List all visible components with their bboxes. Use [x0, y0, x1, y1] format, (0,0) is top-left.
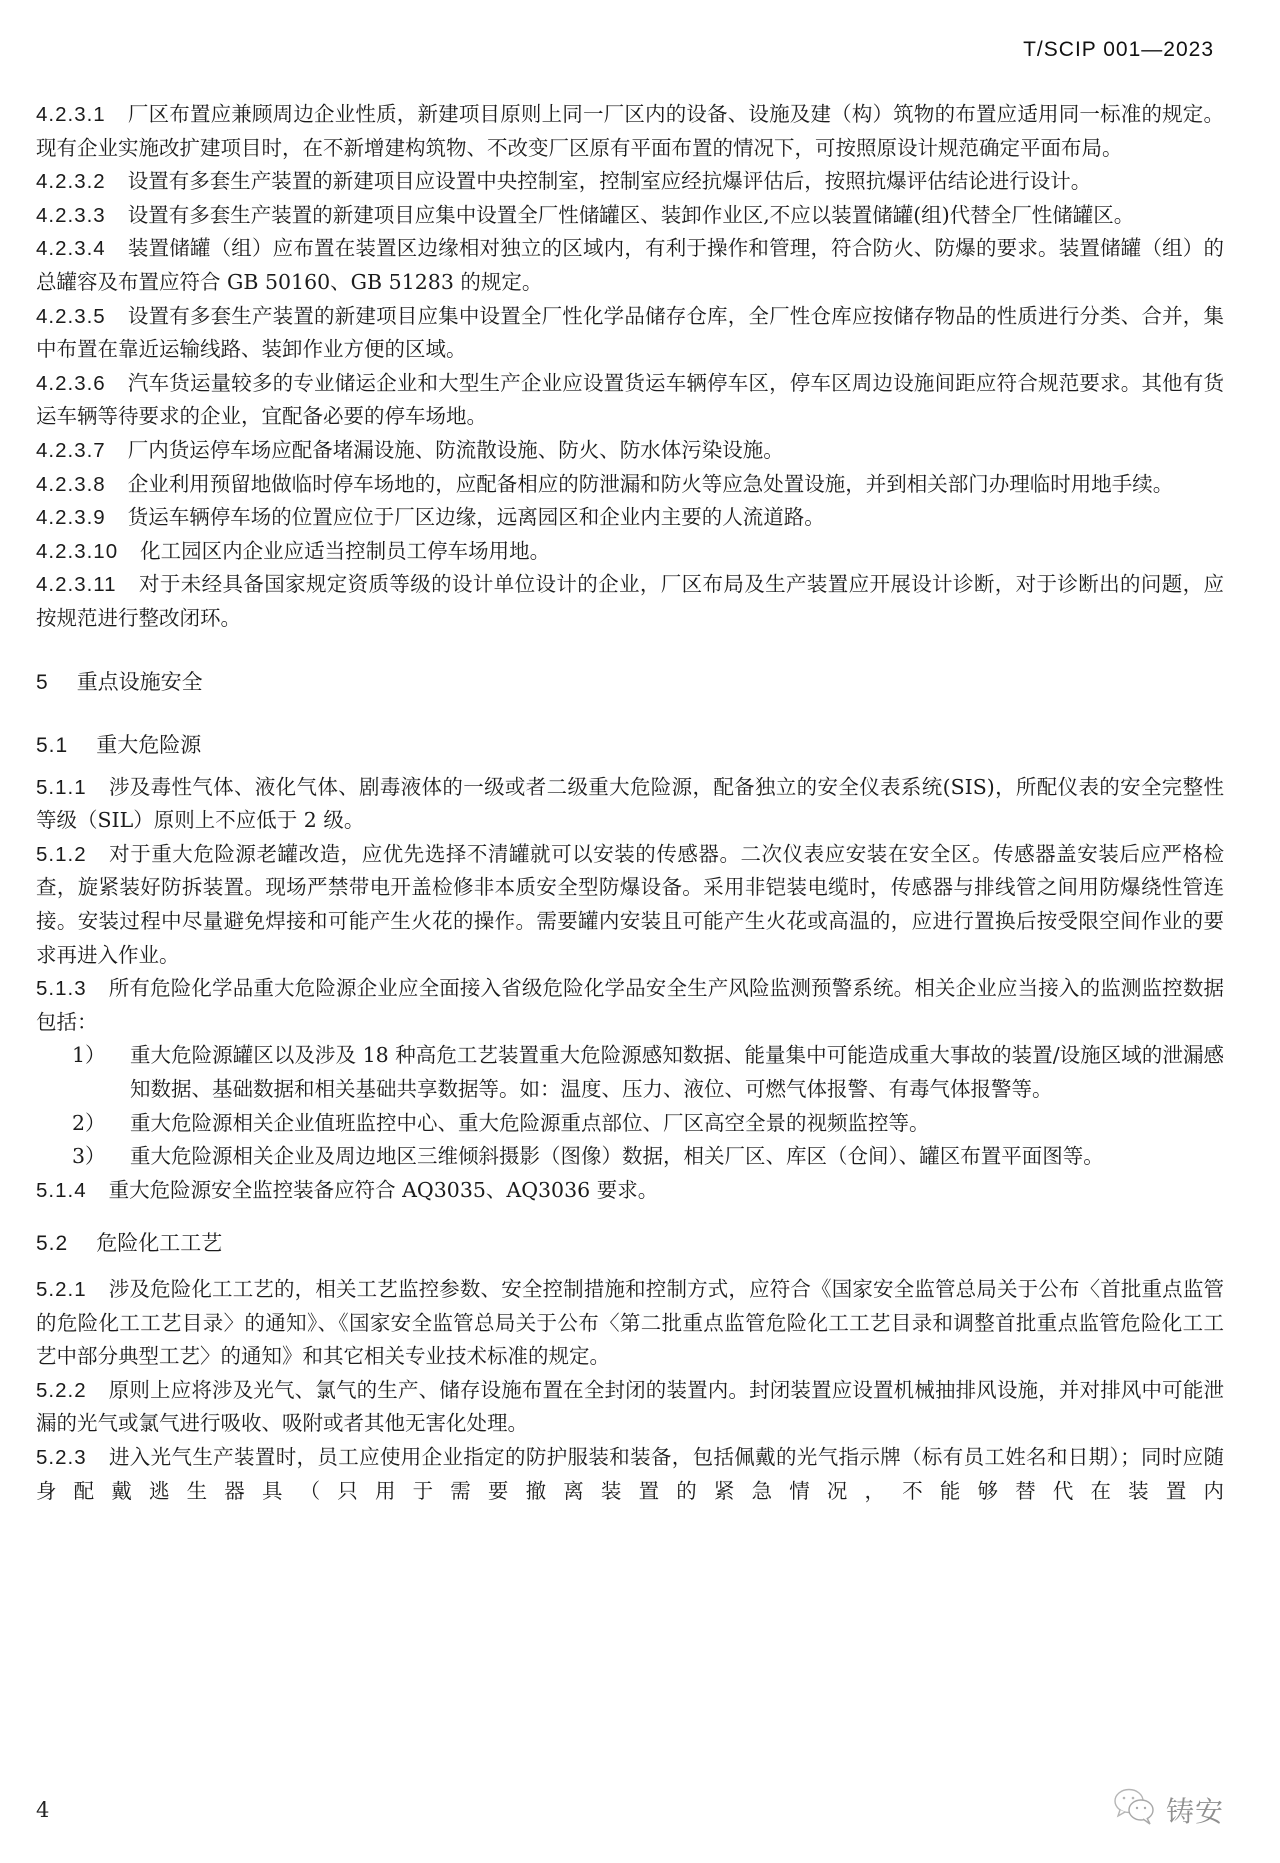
document-code: T/SCIP 001—2023 — [1023, 38, 1214, 62]
clause-4-2-3-3: 4.2.3.3设置有多套生产装置的新建项目应集中设置全厂性储罐区、装卸作业区,不… — [36, 199, 1224, 233]
clause-number: 4.2.3.6 — [36, 367, 106, 401]
clause-text: 货运车辆停车场的位置应位于厂区边缘，远离园区和企业内主要的人流道路。 — [128, 505, 825, 529]
clause-4-2-3-11: 4.2.3.11对于未经具备国家规定资质等级的设计单位设计的企业，厂区布局及生产… — [36, 568, 1224, 635]
section-4-2-3: 4.2.3.1厂区布置应兼顾周边企业性质，新建项目原则上同一厂区内的设备、设施及… — [36, 98, 1224, 636]
clause-number: 4.2.3.1 — [36, 98, 106, 132]
clause-text: 涉及危险化工工艺的，相关工艺监控参数、安全控制措施和控制方式，应符合《国家安全监… — [36, 1277, 1224, 1368]
list-text: 重大危险源罐区以及涉及 18 种高危工艺装置重大危险源感知数据、能量集中可能造成… — [130, 1043, 1224, 1101]
list-item: 1）重大危险源罐区以及涉及 18 种高危工艺装置重大危险源感知数据、能量集中可能… — [36, 1039, 1224, 1106]
clause-number: 4.2.3.4 — [36, 232, 106, 266]
section-heading-5-1: 5.1重大危险源 — [36, 729, 1224, 763]
clause-number: 5.2.1 — [36, 1273, 87, 1307]
clause-4-2-3-6: 4.2.3.6汽车货运量较多的专业储运企业和大型生产企业应设置货运车辆停车区，停… — [36, 367, 1224, 434]
document-body: 4.2.3.1厂区布置应兼顾周边企业性质，新建项目原则上同一厂区内的设备、设施及… — [36, 98, 1224, 1508]
section-title: 危险化工工艺 — [96, 1231, 222, 1255]
clause-text: 化工园区内企业应适当控制员工停车场用地。 — [140, 539, 550, 563]
clause-number: 4.2.3.5 — [36, 300, 106, 334]
clause-number: 4.2.3.3 — [36, 199, 106, 233]
document-page: T/SCIP 001—2023 4.2.3.1厂区布置应兼顾周边企业性质，新建项… — [0, 0, 1280, 1863]
clause-4-2-3-2: 4.2.3.2设置有多套生产装置的新建项目应设置中央控制室，控制室应经抗爆评估后… — [36, 165, 1224, 199]
clause-4-2-3-5: 4.2.3.5设置有多套生产装置的新建项目应集中设置全厂性化学品储存仓库，全厂性… — [36, 300, 1224, 367]
clause-number: 4.2.3.2 — [36, 165, 106, 199]
list-text: 重大危险源相关企业值班监控中心、重大危险源重点部位、厂区高空全景的视频监控等。 — [130, 1111, 930, 1135]
section-title: 重大危险源 — [96, 733, 201, 757]
clause-text: 进入光气生产装置时，员工应使用企业指定的防护服装和装备，包括佩戴的光气指示牌（标… — [36, 1445, 1224, 1503]
clause-text: 涉及毒性气体、液化气体、剧毒液体的一级或者二级重大危险源，配备独立的安全仪表系统… — [36, 775, 1224, 833]
clause-number: 4.2.3.8 — [36, 468, 106, 502]
clause-text: 对于重大危险源老罐改造，应优先选择不清罐就可以安装的传感器。二次仪表应安装在安全… — [36, 842, 1224, 967]
clause-5-1-3: 5.1.3所有危险化学品重大危险源企业应全面接入省级危险化学品安全生产风险监测预… — [36, 972, 1224, 1039]
clause-number: 4.2.3.10 — [36, 535, 118, 569]
clause-number: 5.2.3 — [36, 1441, 87, 1475]
clause-text: 汽车货运量较多的专业储运企业和大型生产企业应设置货运车辆停车区，停车区周边设施间… — [36, 371, 1224, 429]
clause-text: 对于未经具备国家规定资质等级的设计单位设计的企业，厂区布局及生产装置应开展设计诊… — [36, 572, 1224, 630]
list-item: 2）重大危险源相关企业值班监控中心、重大危险源重点部位、厂区高空全景的视频监控等… — [36, 1107, 1224, 1141]
clause-4-2-3-10: 4.2.3.10化工园区内企业应适当控制员工停车场用地。 — [36, 535, 1224, 569]
clause-4-2-3-4: 4.2.3.4装置储罐（组）应布置在装置区边缘相对独立的区域内，有利于操作和管理… — [36, 232, 1224, 299]
clause-4-2-3-9: 4.2.3.9货运车辆停车场的位置应位于厂区边缘，远离园区和企业内主要的人流道路… — [36, 501, 1224, 535]
clause-4-2-3-7: 4.2.3.7厂内货运停车场应配备堵漏设施、防流散设施、防火、防水体污染设施。 — [36, 434, 1224, 468]
clause-4-2-3-8: 4.2.3.8企业利用预留地做临时停车场地的，应配备相应的防泄漏和防火等应急处置… — [36, 468, 1224, 502]
clause-number: 4.2.3.9 — [36, 501, 106, 535]
section-number: 5.1 — [36, 729, 68, 763]
clause-text: 设置有多套生产装置的新建项目应集中设置全厂性化学品储存仓库，全厂性仓库应按储存物… — [36, 304, 1224, 362]
clause-5-2-3: 5.2.3进入光气生产装置时，员工应使用企业指定的防护服装和装备，包括佩戴的光气… — [36, 1441, 1224, 1508]
list-marker: 1） — [72, 1039, 106, 1073]
chapter-number: 5 — [36, 666, 49, 700]
clause-5-1-1: 5.1.1涉及毒性气体、液化气体、剧毒液体的一级或者二级重大危险源，配备独立的安… — [36, 771, 1224, 838]
clause-number: 4.2.3.7 — [36, 434, 106, 468]
page-number: 4 — [36, 1798, 49, 1822]
clause-5-1-4: 5.1.4重大危险源安全监控装备应符合 AQ3035、AQ3036 要求。 — [36, 1174, 1224, 1208]
clause-number: 4.2.3.11 — [36, 568, 117, 602]
clause-number: 5.1.3 — [36, 972, 87, 1006]
clause-5-2-1: 5.2.1涉及危险化工工艺的，相关工艺监控参数、安全控制措施和控制方式，应符合《… — [36, 1273, 1224, 1374]
clause-text: 重大危险源安全监控装备应符合 AQ3035、AQ3036 要求。 — [109, 1178, 659, 1202]
clause-text: 设置有多套生产装置的新建项目应集中设置全厂性储罐区、装卸作业区,不应以装置储罐(… — [128, 203, 1135, 227]
watermark: 铸安 — [1112, 1786, 1224, 1833]
clause-5-1-2: 5.1.2对于重大危险源老罐改造，应优先选择不清罐就可以安装的传感器。二次仪表应… — [36, 838, 1224, 972]
clause-text: 企业利用预留地做临时停车场地的，应配备相应的防泄漏和防火等应急处置设施，并到相关… — [128, 472, 1174, 496]
list-item: 3）重大危险源相关企业及周边地区三维倾斜摄影（图像）数据，相关厂区、库区（仓间）… — [36, 1140, 1224, 1174]
list-text: 重大危险源相关企业及周边地区三维倾斜摄影（图像）数据，相关厂区、库区（仓间）、罐… — [130, 1144, 1104, 1168]
clause-number: 5.2.2 — [36, 1374, 87, 1408]
clause-number: 5.1.1 — [36, 771, 87, 805]
clause-number: 5.1.4 — [36, 1174, 87, 1208]
clause-5-2-2: 5.2.2原则上应将涉及光气、氯气的生产、储存设施布置在全封闭的装置内。封闭装置… — [36, 1374, 1224, 1441]
monitoring-data-list: 1）重大危险源罐区以及涉及 18 种高危工艺装置重大危险源感知数据、能量集中可能… — [36, 1039, 1224, 1173]
clause-text: 厂区布置应兼顾周边企业性质，新建项目原则上同一厂区内的设备、设施及建（构）筑物的… — [36, 102, 1224, 160]
wechat-icon — [1112, 1786, 1158, 1833]
clause-text: 所有危险化学品重大危险源企业应全面接入省级危险化学品安全生产风险监测预警系统。相… — [36, 976, 1224, 1034]
clause-number: 5.1.2 — [36, 838, 87, 872]
section-number: 5.2 — [36, 1227, 68, 1261]
clause-text: 设置有多套生产装置的新建项目应设置中央控制室，控制室应经抗爆评估后，按照抗爆评估… — [128, 169, 1092, 193]
clause-text: 原则上应将涉及光气、氯气的生产、储存设施布置在全封闭的装置内。封闭装置应设置机械… — [36, 1378, 1224, 1436]
list-marker: 3） — [72, 1140, 106, 1174]
clause-text: 装置储罐（组）应布置在装置区边缘相对独立的区域内，有利于操作和管理，符合防火、防… — [36, 236, 1224, 294]
chapter-title: 重点设施安全 — [77, 670, 203, 694]
watermark-text: 铸安 — [1166, 1790, 1224, 1830]
clause-4-2-3-1: 4.2.3.1厂区布置应兼顾周边企业性质，新建项目原则上同一厂区内的设备、设施及… — [36, 98, 1224, 165]
chapter-heading-5: 5重点设施安全 — [36, 666, 1224, 700]
section-heading-5-2: 5.2危险化工工艺 — [36, 1227, 1224, 1261]
list-marker: 2） — [72, 1107, 106, 1141]
clause-text: 厂内货运停车场应配备堵漏设施、防流散设施、防火、防水体污染设施。 — [128, 438, 784, 462]
